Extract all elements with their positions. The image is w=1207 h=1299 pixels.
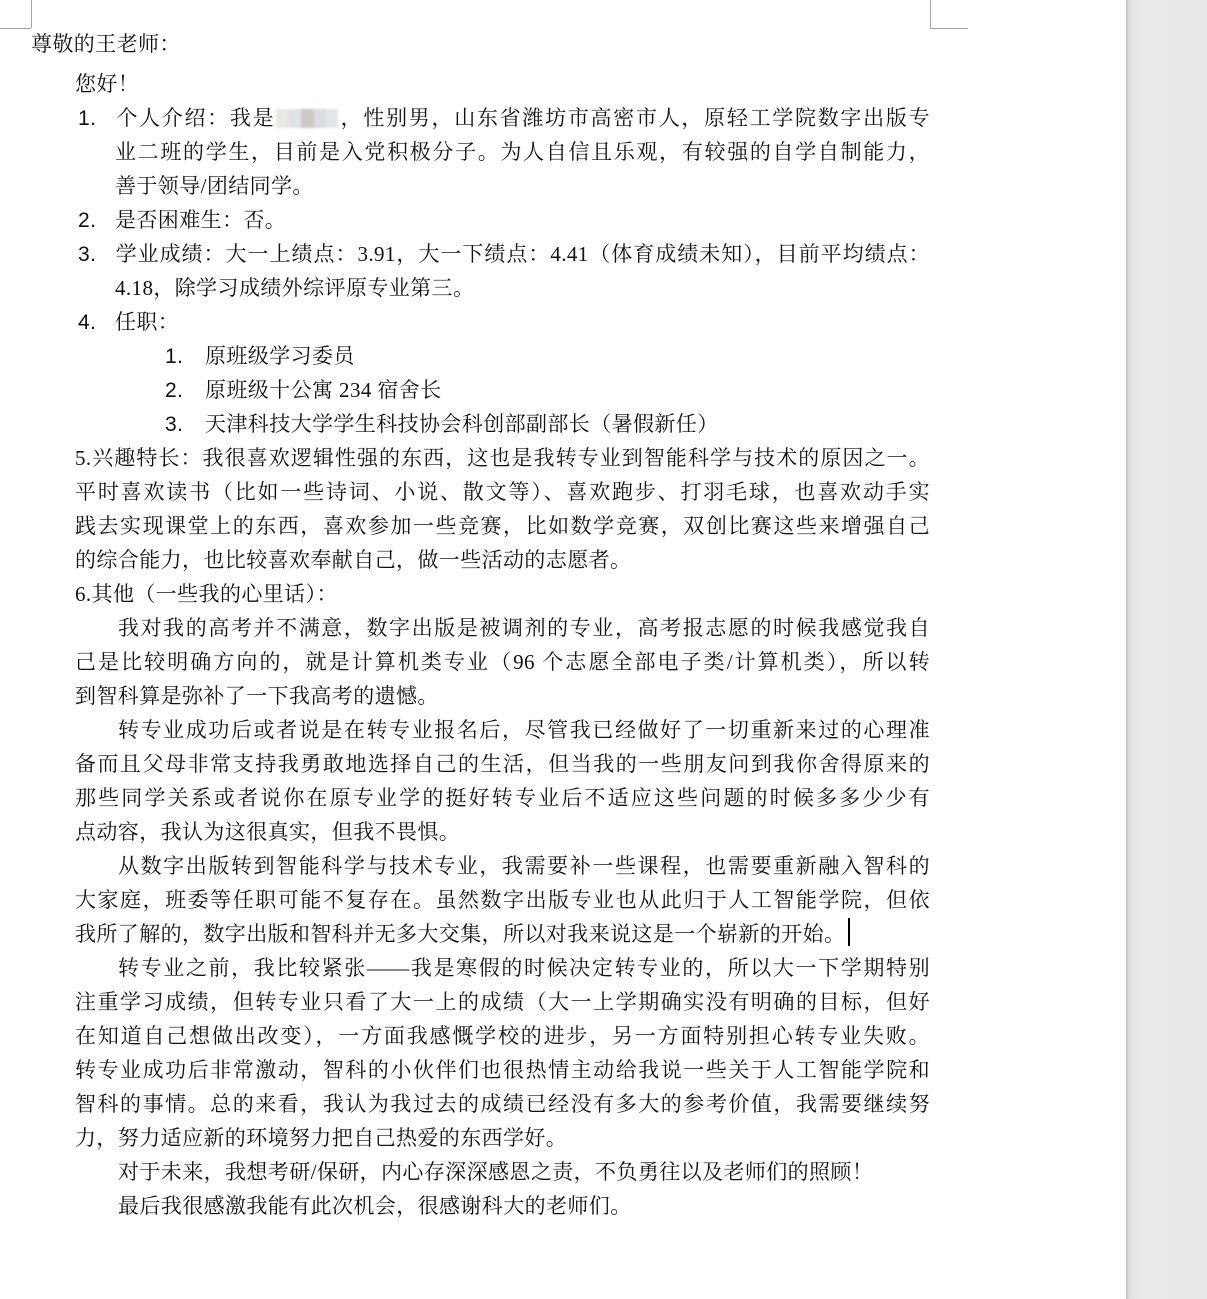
margin-mark-top-right-vertical	[930, 0, 931, 28]
text-line: 2.原班级十公寓 234 宿舍长	[165, 373, 1126, 407]
text-line: 大家庭，班委等任职可能不复存在。虽然数字出版专业也从此归于人工智能学院，但依	[75, 883, 930, 917]
text-line: 我对我的高考并不满意，数字出版是被调剂的专业，高考报志愿的时候我感觉我自	[118, 611, 930, 645]
text-line: 我所了解的，数字出版和智科并无多大交集，所以对我来说这是一个崭新的开始。	[75, 917, 1126, 951]
margin-mark-top-right-horizontal	[930, 28, 968, 29]
text-line: 4.任职：	[78, 305, 1126, 339]
text-line: 您好！	[75, 67, 1126, 101]
text-line: 5.兴趣特长：我很喜欢逻辑性强的东西，这也是我转专业到智能科学与技术的原因之一。	[75, 441, 930, 475]
document-text: 尊敬的王老师：您好！1.个人介绍：我是，性别男，山东省潍坊市高密市人，原轻工学院…	[0, 27, 1126, 1223]
text-line: 1.原班级学习委员	[165, 339, 1126, 373]
text-line: 的综合能力，也比较喜欢奉献自己，做一些活动的志愿者。	[75, 543, 1126, 577]
text-line: 对于未来，我想考研/保研，内心存深深感恩之责，不负勇往以及老师们的照顾！	[118, 1155, 1126, 1189]
page-edge-background	[1126, 0, 1207, 1299]
text-line: 己是比较明确方向的，就是计算机类专业（96 个志愿全部电子类/计算机类），所以转	[75, 645, 930, 679]
list-number: 1.	[78, 102, 115, 135]
list-number: 3.	[78, 238, 115, 271]
text-line: 点动容，我认为这很真实，但我不畏惧。	[75, 815, 1126, 849]
text-line: 转专业成功后或者说是在转专业报名后，尽管我已经做好了一切重新来过的心理准	[118, 713, 930, 747]
text-line: 4.18，除学习成绩外综评原专业第三。	[115, 271, 1126, 305]
list-number: 3.	[165, 408, 205, 441]
text-line: 到智科算是弥补了一下我高考的遗憾。	[75, 679, 1126, 713]
text-line: 智科的事情。总的来看，我认为我过去的成绩已经没有多大的参考价值，我需要继续努	[75, 1087, 930, 1121]
text-line: 善于领导/团结同学。	[115, 169, 1126, 203]
text-line: 在知道自己想做出改变），一方面我感慨学校的进步，另一方面特别担心转专业失败。	[75, 1019, 930, 1053]
text-line: 平时喜欢读书（比如一些诗词、小说、散文等）、喜欢跑步、打羽毛球，也喜欢动手实	[75, 475, 930, 509]
redacted-name	[276, 109, 338, 128]
text-line: 3.天津科技大学学生科技协会科创部副部长（暑假新任）	[165, 407, 1126, 441]
text-line: 力，努力适应新的环境努力把自己热爱的东西学好。	[75, 1121, 1126, 1155]
text-line: 1.个人介绍：我是，性别男，山东省潍坊市高密市人，原轻工学院数字出版专	[78, 101, 930, 135]
document-page[interactable]: 尊敬的王老师：您好！1.个人介绍：我是，性别男，山东省潍坊市高密市人，原轻工学院…	[0, 0, 1126, 1299]
text-line: 注重学习成绩，但转专业只看了大一上的成绩（大一上学期确实没有明确的目标，但好	[75, 985, 930, 1019]
list-number: 2.	[78, 204, 115, 237]
list-number: 4.	[78, 306, 115, 339]
text-line: 2.是否困难生：否。	[78, 203, 1126, 237]
margin-mark-top-left-vertical	[31, 0, 32, 28]
text-line: 转专业之前，我比较紧张——我是寒假的时候决定转专业的，所以大一下学期特别	[118, 951, 930, 985]
text-line: 转专业成功后非常激动，智科的小伙伴们也很热情主动给我说一些关于人工智能学院和	[75, 1053, 930, 1087]
text-line: 践去实现课堂上的东西，喜欢参加一些竞赛，比如数学竞赛，双创比赛这些来增强自己	[75, 509, 930, 543]
margin-mark-top-left-horizontal	[0, 28, 31, 29]
text-line: 业二班的学生，目前是入党积极分子。为人自信且乐观，有较强的自学自制能力，	[115, 135, 930, 169]
text-cursor	[848, 918, 850, 946]
text-line: 最后我很感激我能有此次机会，很感谢科大的老师们。	[118, 1189, 1126, 1223]
text-line: 备而且父母非常支持我勇敢地选择自己的生活，但当我的一些朋友问到我你舍得原来的	[75, 747, 930, 781]
list-number: 1.	[165, 340, 205, 373]
list-number: 2.	[165, 374, 205, 407]
text-line: 那些同学关系或者说你在原专业学的挺好转专业后不适应这些问题的时候多多少少有	[75, 781, 930, 815]
text-line: 从数字出版转到智能科学与技术专业，我需要补一些课程，也需要重新融入智科的	[118, 849, 930, 883]
text-line: 6.其他（一些我的心里话）：	[75, 577, 1126, 611]
text-line: 尊敬的王老师：	[31, 27, 1126, 61]
text-line: 3.学业成绩：大一上绩点：3.91，大一下绩点：4.41（体育成绩未知），目前平…	[78, 237, 930, 271]
